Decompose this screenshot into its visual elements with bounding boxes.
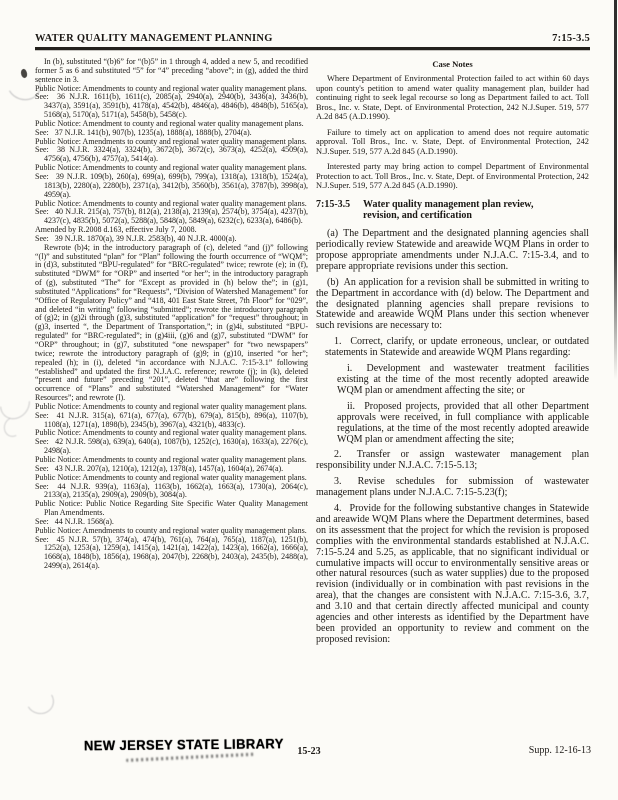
history-note: See: 41 N.J.R. 315(a), 671(a), 677(a), 6…: [35, 412, 308, 430]
page-number: 15-23: [0, 746, 618, 757]
case-notes-list: Where Department of Environmental Protec…: [316, 74, 589, 191]
scan-edge-artifact: [614, 0, 617, 380]
pencil-mark: [1, 415, 25, 440]
section-body: (a) The Department and the designated pl…: [316, 229, 589, 646]
section-paragraph: 4. Provide for the following substantive…: [316, 504, 589, 646]
section-paragraph: 2. Transfer or assign wastewater managem…: [316, 450, 589, 472]
section-title: Water quality management plan review, re…: [363, 199, 571, 223]
history-note: In (b), substituted “(b)6” for “(b)5” in…: [35, 58, 308, 85]
main-column: Case Notes Where Department of Environme…: [316, 58, 589, 736]
section-paragraph: (b) An application for a revision shall …: [316, 278, 589, 333]
history-note: See: 39 N.J.R. 109(b), 260(a), 699(a), 6…: [35, 173, 308, 200]
document-page: WATER QUALITY MANAGEMENT PLANNING 7:15-3…: [0, 0, 618, 800]
case-note: Where Department of Environmental Protec…: [316, 74, 589, 122]
section-number: 7:15-3.5: [316, 199, 363, 223]
case-note: Interested party may bring action to com…: [316, 162, 589, 191]
running-head-section: 7:15-3.5: [552, 33, 590, 44]
header-rule: [35, 47, 590, 50]
case-notes-heading: Case Notes: [316, 59, 589, 69]
section-paragraph: ii. Proposed projects, provided that all…: [337, 402, 589, 446]
history-note: See: 36 N.J.R. 1611(b), 1611(c), 2085(a)…: [35, 93, 308, 120]
running-head-title: WATER QUALITY MANAGEMENT PLANNING: [35, 33, 273, 44]
supplement-date: Supp. 12-16-13: [529, 745, 591, 756]
section-paragraph: 3. Revise schedules for submission of wa…: [316, 477, 589, 499]
history-note: See: 38 N.J.R. 3324(a), 3324(b), 3672(b)…: [35, 146, 308, 164]
history-note: Public Notice: Public Notice Regarding S…: [35, 500, 308, 518]
section-heading: 7:15-3.5 Water quality management plan r…: [316, 199, 589, 223]
history-note: Rewrote (b)4; in the introductory paragr…: [35, 244, 308, 403]
section-paragraph: i. Development and wastewater treatment …: [337, 364, 589, 397]
section-paragraph: (a) The Department and the designated pl…: [316, 229, 589, 273]
case-note: Failure to timely act on application to …: [316, 128, 589, 157]
history-note: See: 40 N.J.R. 215(a), 757(b), 812(a), 2…: [35, 208, 308, 226]
section-paragraph: 1. Correct, clarify, or update erroneous…: [325, 337, 589, 359]
page-header: WATER QUALITY MANAGEMENT PLANNING 7:15-3…: [35, 33, 590, 50]
history-note: See: 42 N.J.R. 598(a), 639(a), 640(a), 1…: [35, 438, 308, 456]
history-notes-column: In (b), substituted “(b)6” for “(b)5” in…: [35, 58, 308, 718]
history-note: See: 44 N.J.R. 939(a), 1163(a), 1163(b),…: [35, 483, 308, 501]
history-note: See: 45 N.J.R. 57(b), 374(a), 474(b), 76…: [35, 536, 308, 571]
